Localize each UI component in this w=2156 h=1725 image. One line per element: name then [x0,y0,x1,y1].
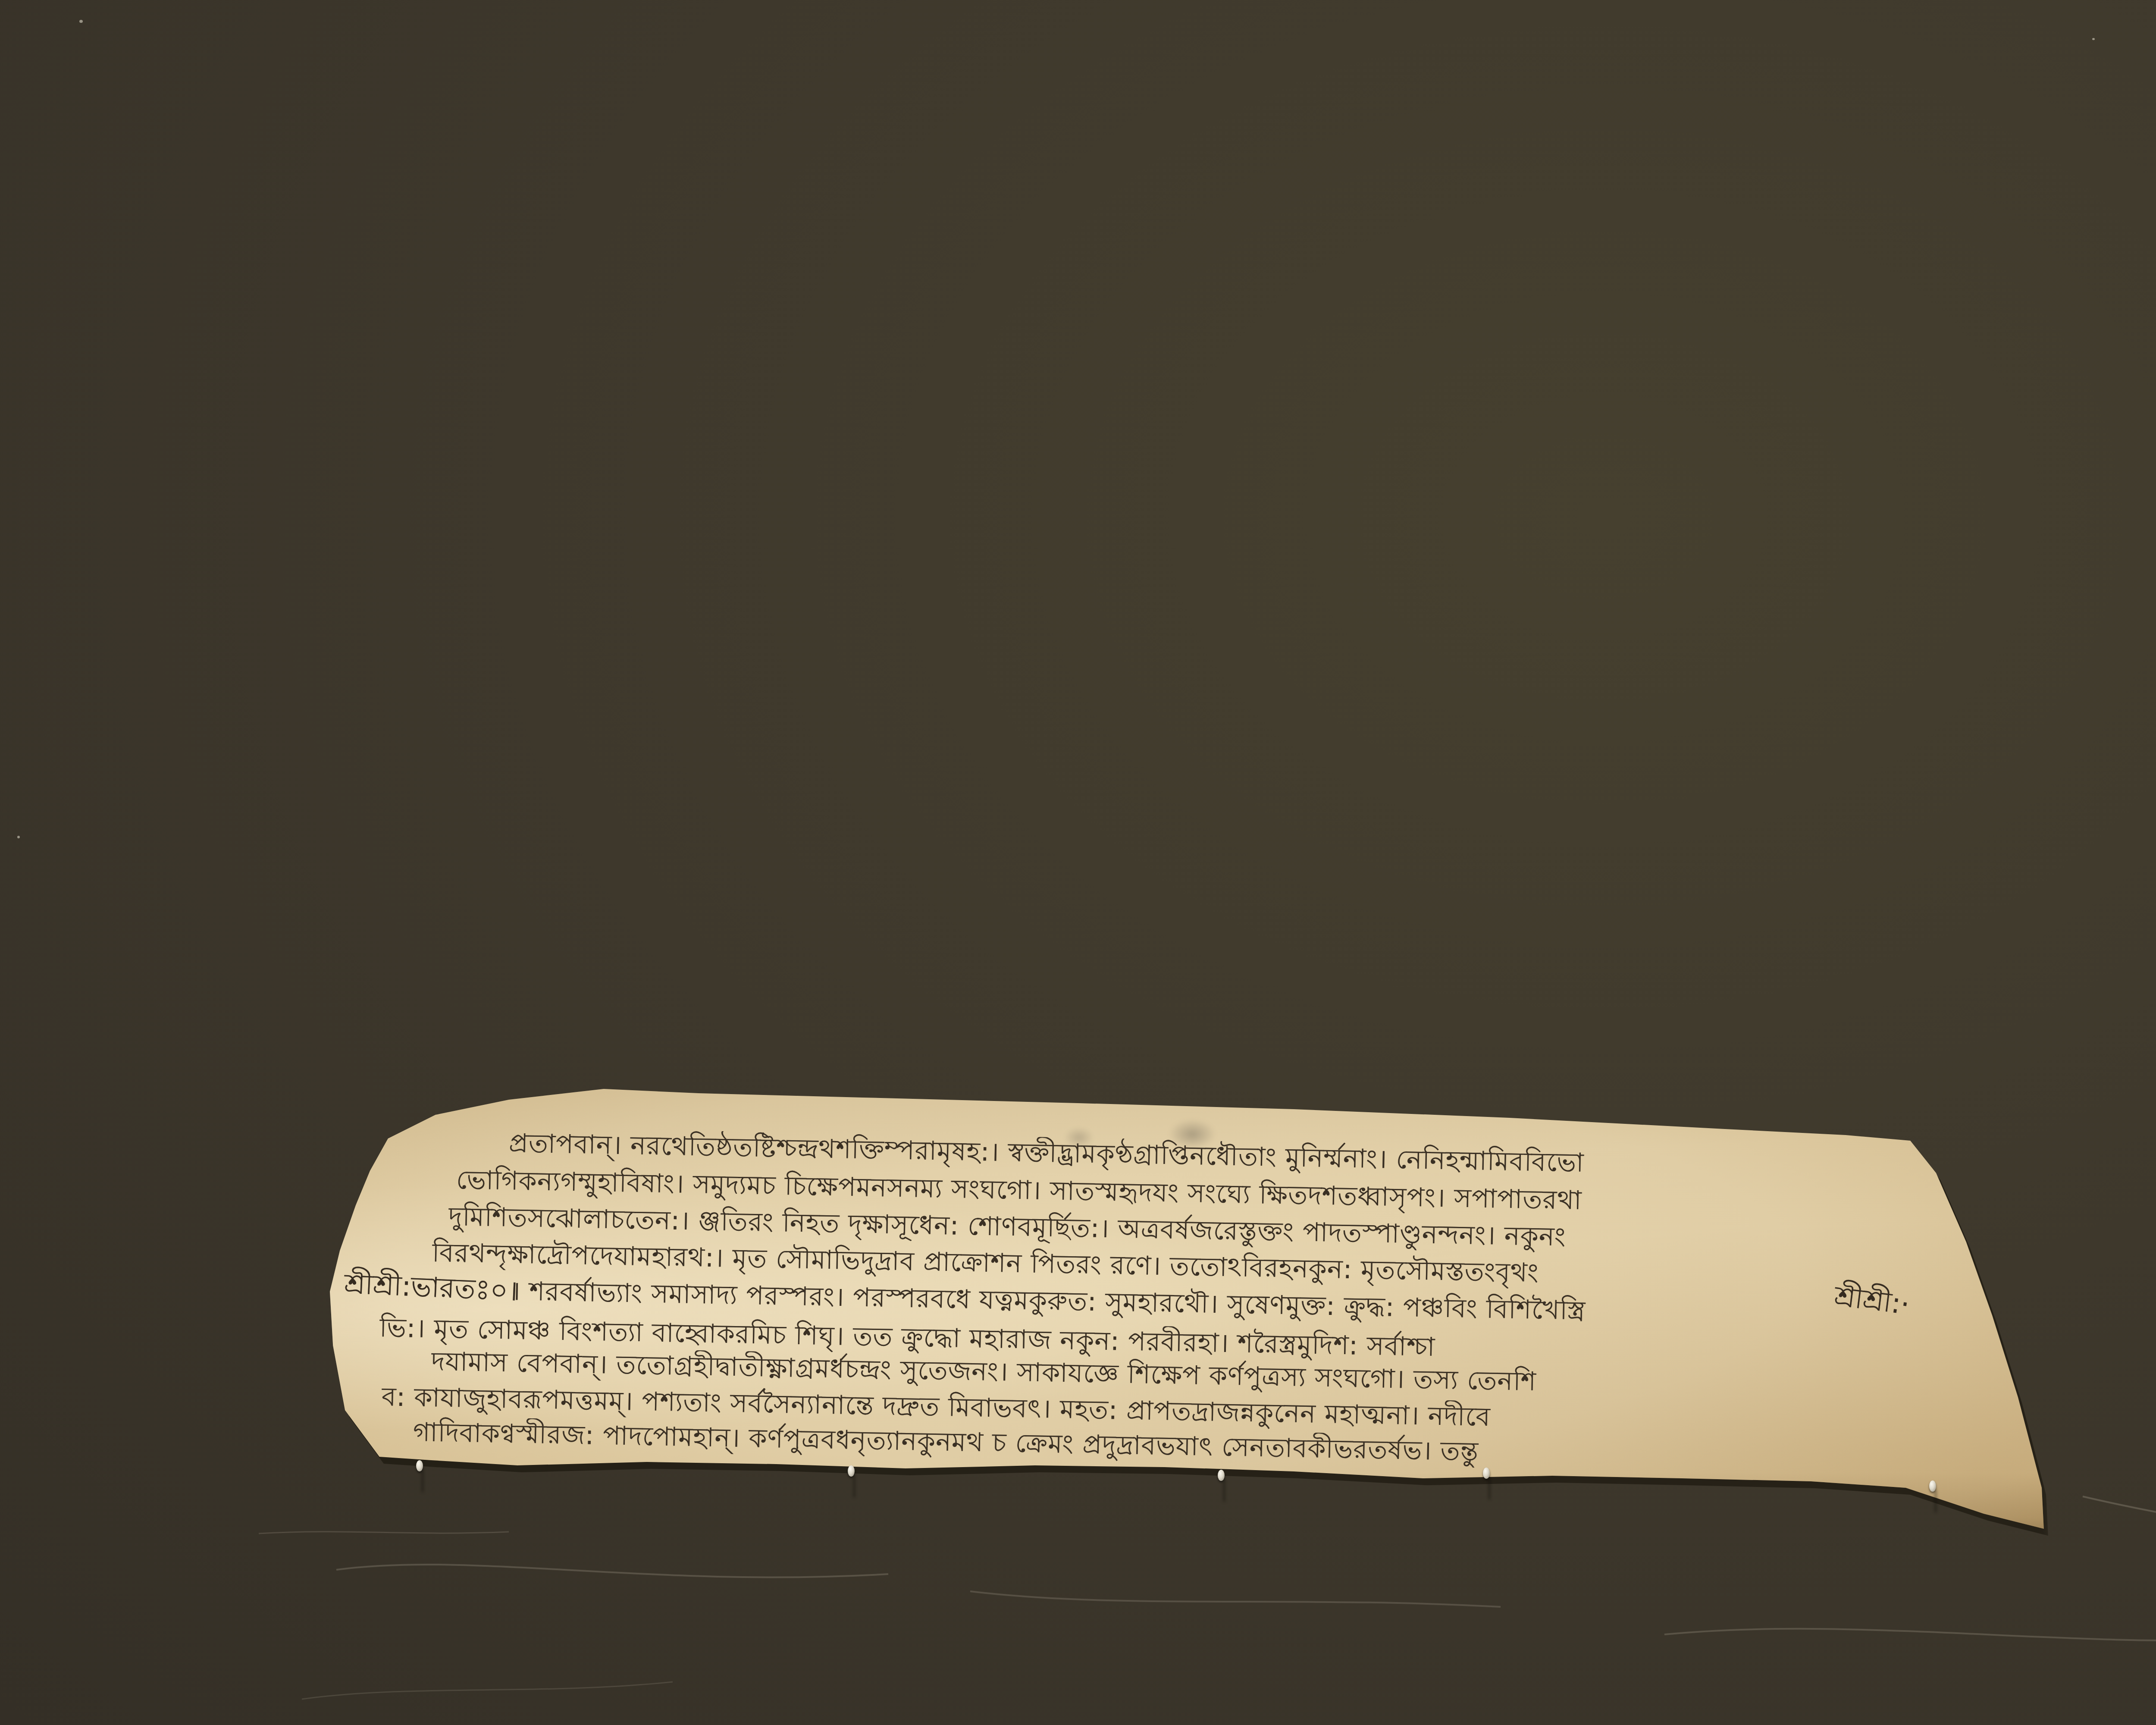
dust-speck [79,20,83,23]
pin-shadow [422,1470,423,1492]
pin-icon [416,1460,423,1471]
right-margin-note: শ্রীশ্রী:· [1831,1275,1912,1330]
pin-shadow [853,1475,855,1497]
pin-icon [1483,1468,1490,1479]
dust-speck [2092,38,2095,40]
pin-shadow [1223,1479,1225,1502]
photograph-of-manuscript: প্রতাপবান্। নরথেতিষ্ঠতষ্টিশ্চন্দ্রথশক্তি… [0,0,2156,1725]
pin-icon [848,1465,855,1477]
pin-shadow [1935,1490,1937,1512]
pin-shadow [1489,1477,1490,1499]
pin-icon [1929,1480,1936,1492]
left-margin-note: শ্রীশ্রী:ভারতঃ০। [343,1263,519,1316]
dust-speck [17,836,20,838]
pin-icon [1218,1470,1225,1481]
